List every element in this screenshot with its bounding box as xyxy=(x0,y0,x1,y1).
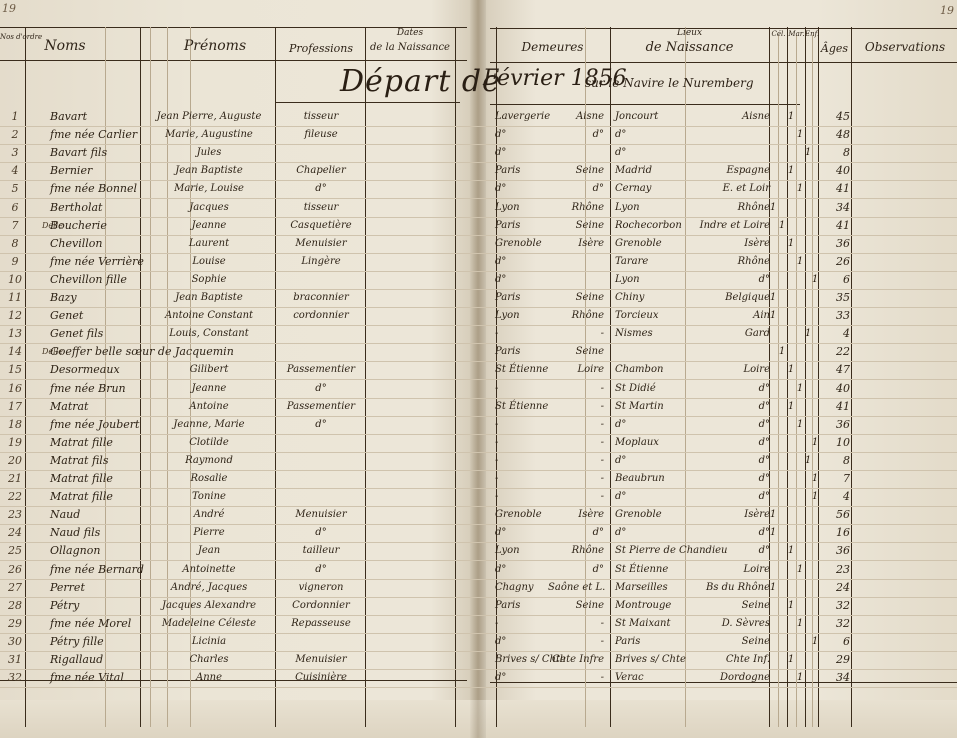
given-names: Antoine Constant xyxy=(145,307,273,325)
given-names: Jean Pierre, Auguste xyxy=(145,108,273,126)
row-number: 24 xyxy=(4,524,26,542)
status-tally-mark: 1 xyxy=(796,126,804,144)
given-names: Madeleine Céleste xyxy=(145,615,273,633)
given-names: André, Jacques xyxy=(145,579,273,597)
given-names: Jeanne, Marie xyxy=(145,416,273,434)
residence-department: Isère xyxy=(548,235,604,253)
birthplace-department: Seine xyxy=(662,633,770,651)
surname: Matrat fils xyxy=(50,452,145,470)
residence-department: d° xyxy=(548,180,604,198)
residence-city: d° xyxy=(495,126,555,144)
surname: fme née Morel xyxy=(50,615,145,633)
profession: d° xyxy=(277,524,365,542)
birthplace-department: d° xyxy=(662,470,770,488)
age: 36 xyxy=(818,235,850,253)
status-tally-mark: 1 xyxy=(769,579,777,597)
birthplace-department: Rhône xyxy=(662,199,770,217)
profession: Cuisinière xyxy=(277,669,365,687)
profession: fileuse xyxy=(277,126,365,144)
row-number: 30 xyxy=(4,633,26,651)
residence-department: Loire xyxy=(548,361,604,379)
residence-department: Rhône xyxy=(548,307,604,325)
age: 8 xyxy=(818,452,850,470)
given-names: Jules xyxy=(145,144,273,162)
surname: Goeffer belle sœur de Jacquemin xyxy=(50,343,145,361)
header-dates-bottom: de la Naissance xyxy=(365,42,455,53)
age: 29 xyxy=(818,651,850,669)
header-professions: Professions xyxy=(277,42,365,55)
row-number: 3 xyxy=(4,144,26,162)
profession: Chapelier xyxy=(277,162,365,180)
residence-department: Saône et L. xyxy=(548,579,604,597)
given-names: Jacques Alexandre xyxy=(145,597,273,615)
row-number: 22 xyxy=(4,488,26,506)
status-tally-mark: 1 xyxy=(787,651,795,669)
residence-city: - xyxy=(495,416,555,434)
surname: Ollagnon xyxy=(50,542,145,560)
given-names: Marie, Augustine xyxy=(145,126,273,144)
row-number: 1 xyxy=(4,108,26,126)
given-names: Jeanne xyxy=(145,380,273,398)
age: 35 xyxy=(818,289,850,307)
birthplace-department: Dordogne xyxy=(662,669,770,687)
profession: Menuisier xyxy=(277,235,365,253)
residence-department: Isère xyxy=(548,506,604,524)
surname: Naud fils xyxy=(50,524,145,542)
residence-city: d° xyxy=(495,524,555,542)
status-tally-mark: 1 xyxy=(769,199,777,217)
age: 40 xyxy=(818,162,850,180)
surname: fme née Bernard xyxy=(50,561,145,579)
residence-city: - xyxy=(495,615,555,633)
table-row: 32fme née VitalAnneCuisinièred°-VeracDor… xyxy=(0,669,957,692)
given-names: Antoinette xyxy=(145,561,273,579)
title-ship: sur le Navire le Nuremberg xyxy=(585,76,754,90)
surname: Matrat xyxy=(50,398,145,416)
surname: Matrat fille xyxy=(50,434,145,452)
residence-city: Lavergerie xyxy=(495,108,555,126)
residence-department: d° xyxy=(548,561,604,579)
age: 4 xyxy=(818,488,850,506)
status-tally-mark: 1 xyxy=(796,561,804,579)
status-tally-mark: 1 xyxy=(811,488,819,506)
age: 22 xyxy=(818,343,850,361)
residence-city: - xyxy=(495,452,555,470)
profession: Cordonnier xyxy=(277,597,365,615)
surname: fme née Bonnel xyxy=(50,180,145,198)
age: 10 xyxy=(818,434,850,452)
birthplace-department: Belgique xyxy=(662,289,770,307)
row-number: 21 xyxy=(4,470,26,488)
status-tally-mark: 1 xyxy=(787,235,795,253)
given-names: Louise xyxy=(145,253,273,271)
residence-city: Grenoble xyxy=(495,235,555,253)
given-names: Gilibert xyxy=(145,361,273,379)
row-number: 25 xyxy=(4,542,26,560)
header-dates-top: Dates xyxy=(365,28,455,38)
profession: cordonnier xyxy=(277,307,365,325)
surname: Perret xyxy=(50,579,145,597)
profession: tailleur xyxy=(277,542,365,560)
surname: fme née Joubert xyxy=(50,416,145,434)
birthplace-department: d° xyxy=(662,271,770,289)
row-number: 31 xyxy=(4,651,26,669)
residence-department: Rhône xyxy=(548,199,604,217)
profession: Lingère xyxy=(277,253,365,271)
status-tally-mark: 1 xyxy=(769,307,777,325)
residence-department: - xyxy=(548,452,604,470)
given-names: Louis, Constant xyxy=(145,325,273,343)
row-number: 2 xyxy=(4,126,26,144)
status-tally-mark: 1 xyxy=(787,398,795,416)
status-tally-mark: 1 xyxy=(811,470,819,488)
residence-city: Grenoble xyxy=(495,506,555,524)
age: 7 xyxy=(818,470,850,488)
row-number: 6 xyxy=(4,199,26,217)
profession: vigneron xyxy=(277,579,365,597)
birthplace-department: d° xyxy=(662,488,770,506)
surname: Chevillon xyxy=(50,235,145,253)
residence-department: Seine xyxy=(548,217,604,235)
birthplace-department: E. et Loir xyxy=(662,180,770,198)
residence-department: - xyxy=(548,633,604,651)
residence-department: - xyxy=(548,488,604,506)
row-number: 13 xyxy=(4,325,26,343)
row-number: 14 xyxy=(4,343,26,361)
status-tally-mark: 1 xyxy=(804,325,812,343)
row-number: 27 xyxy=(4,579,26,597)
surname: Matrat fille xyxy=(50,488,145,506)
age: 34 xyxy=(818,669,850,687)
surname: Pétry fille xyxy=(50,633,145,651)
residence-city: - xyxy=(495,434,555,452)
status-tally-mark: 1 xyxy=(787,108,795,126)
given-names: Clotilde xyxy=(145,434,273,452)
birthplace-department: d° xyxy=(662,524,770,542)
age: 32 xyxy=(818,597,850,615)
row-rule xyxy=(0,687,957,688)
birthplace-department: d° xyxy=(662,416,770,434)
surname: Bazy xyxy=(50,289,145,307)
row-number: 5 xyxy=(4,180,26,198)
row-number: 29 xyxy=(4,615,26,633)
status-tally-mark: 1 xyxy=(787,361,795,379)
status-tally-mark: 1 xyxy=(796,615,804,633)
age: 24 xyxy=(818,579,850,597)
given-names: Marie, Louise xyxy=(145,180,273,198)
row-number: 10 xyxy=(4,271,26,289)
age: 45 xyxy=(818,108,850,126)
birthplace-department: Gard xyxy=(662,325,770,343)
birthplace-department: d° xyxy=(662,398,770,416)
given-names: Laurent xyxy=(145,235,273,253)
given-names: Sophie xyxy=(145,271,273,289)
residence-department: - xyxy=(548,470,604,488)
given-names: Jeanne xyxy=(145,217,273,235)
surname: Genet xyxy=(50,307,145,325)
residence-department: Rhône xyxy=(548,542,604,560)
residence-city: Lyon xyxy=(495,542,555,560)
title-depart: Départ de xyxy=(340,64,501,99)
age: 48 xyxy=(818,126,850,144)
row-number: 4 xyxy=(4,162,26,180)
header-prenoms: Prénoms xyxy=(160,38,270,54)
status-tally-mark: 1 xyxy=(796,180,804,198)
residence-department: - xyxy=(548,434,604,452)
residence-department: Seine xyxy=(548,162,604,180)
row-number: 9 xyxy=(4,253,26,271)
birthplace-department: d° xyxy=(662,542,770,560)
header-lieux-top: Lieux xyxy=(610,28,769,38)
birthplace-city: d° xyxy=(615,144,705,162)
residence-city: d° xyxy=(495,633,555,651)
given-names: Jean Baptiste xyxy=(145,289,273,307)
profession: Repasseuse xyxy=(277,615,365,633)
header-lieux-bottom: de Naissance xyxy=(610,40,769,55)
surname: Pétry xyxy=(50,597,145,615)
age: 32 xyxy=(818,615,850,633)
age: 6 xyxy=(818,271,850,289)
age: 41 xyxy=(818,217,850,235)
status-tally-mark: 1 xyxy=(787,162,795,180)
given-names: Pierre xyxy=(145,524,273,542)
residence-city: Paris xyxy=(495,162,555,180)
given-names: Raymond xyxy=(145,452,273,470)
given-names: Jean xyxy=(145,542,273,560)
profession: d° xyxy=(277,380,365,398)
status-tally-mark: 1 xyxy=(796,669,804,687)
age: 26 xyxy=(818,253,850,271)
residence-city: - xyxy=(495,325,555,343)
profession: d° xyxy=(277,561,365,579)
residence-department: d° xyxy=(548,524,604,542)
age: 6 xyxy=(818,633,850,651)
residence-city: Lyon xyxy=(495,307,555,325)
residence-department: - xyxy=(548,398,604,416)
status-tally-mark: 1 xyxy=(796,380,804,398)
birthplace-department: Rhône xyxy=(662,253,770,271)
given-names: André xyxy=(145,506,273,524)
header-num-ordre: Nos d'ordre xyxy=(0,33,25,41)
age: 34 xyxy=(818,199,850,217)
surname: fme née Brun xyxy=(50,380,145,398)
residence-city: St Étienne xyxy=(495,361,555,379)
status-tally-mark: 1 xyxy=(769,524,777,542)
status-tally-mark: 1 xyxy=(804,144,812,162)
residence-department: - xyxy=(548,325,604,343)
age: 56 xyxy=(818,506,850,524)
residence-city: - xyxy=(495,470,555,488)
surname: Matrat fille xyxy=(50,470,145,488)
birthplace-department: d° xyxy=(662,452,770,470)
page-number-right: 19 xyxy=(940,4,954,17)
row-number: 8 xyxy=(4,235,26,253)
row-number: 15 xyxy=(4,361,26,379)
birthplace-department: D. Sèvres xyxy=(662,615,770,633)
residence-department: - xyxy=(548,416,604,434)
surname: Naud xyxy=(50,506,145,524)
surname: Genet fils xyxy=(50,325,145,343)
residence-department: Aisne xyxy=(548,108,604,126)
status-tally-mark: 1 xyxy=(778,217,786,235)
status-tally-mark: 1 xyxy=(787,542,795,560)
residence-city: d° xyxy=(495,180,555,198)
residence-city: d° xyxy=(495,669,555,687)
age: 41 xyxy=(818,398,850,416)
header-observations: Observations xyxy=(855,40,955,54)
surname: Bernier xyxy=(50,162,145,180)
profession: Menuisier xyxy=(277,651,365,669)
header-demeures: Demeures xyxy=(500,40,605,54)
profession: Casquetière xyxy=(277,217,365,235)
given-names: Charles xyxy=(145,651,273,669)
residence-city: Chagny xyxy=(495,579,555,597)
residence-department: Seine xyxy=(548,343,604,361)
row-number: 7 xyxy=(4,217,26,235)
residence-city: Brives s/ Chte xyxy=(495,651,555,669)
page-number-left: 19 xyxy=(2,2,16,15)
row-number: 19 xyxy=(4,434,26,452)
status-tally-mark: 1 xyxy=(796,253,804,271)
surname: fme née Carlier xyxy=(50,126,145,144)
birthplace-department: Aisne xyxy=(662,108,770,126)
header-celibataires: Cél. xyxy=(770,30,787,38)
given-names: Tonine xyxy=(145,488,273,506)
given-names: Jean Baptiste xyxy=(145,162,273,180)
row-number: 26 xyxy=(4,561,26,579)
age: 8 xyxy=(818,144,850,162)
residence-city: Paris xyxy=(495,597,555,615)
age: 33 xyxy=(818,307,850,325)
birthplace-department: Indre et Loire xyxy=(662,217,770,235)
residence-city: - xyxy=(495,380,555,398)
row-number: 20 xyxy=(4,452,26,470)
profession: Passementier xyxy=(277,398,365,416)
given-names: Rosalie xyxy=(145,470,273,488)
status-tally-mark: 1 xyxy=(769,289,777,307)
residence-city: Lyon xyxy=(495,199,555,217)
residence-city: Paris xyxy=(495,289,555,307)
status-tally-mark: 1 xyxy=(778,343,786,361)
surname: fme née Vital xyxy=(50,669,145,687)
birthplace-department: Seine xyxy=(662,597,770,615)
birthplace-department: Isère xyxy=(662,506,770,524)
header-enfants: Enf. xyxy=(805,30,818,38)
residence-department: Chte Infre xyxy=(548,651,604,669)
row-number: 12 xyxy=(4,307,26,325)
status-tally-mark: 1 xyxy=(811,271,819,289)
age: 36 xyxy=(818,416,850,434)
birthplace-department: Isère xyxy=(662,235,770,253)
age: 4 xyxy=(818,325,850,343)
row-number: 32 xyxy=(4,669,26,687)
birthplace-department: Ain xyxy=(662,307,770,325)
birthplace-department: d° xyxy=(662,380,770,398)
surname: Chevillon fille xyxy=(50,271,145,289)
residence-department: - xyxy=(548,669,604,687)
surname: Desormeaux xyxy=(50,361,145,379)
surname: fme née Verrière xyxy=(50,253,145,271)
birthplace-department: d° xyxy=(662,434,770,452)
profession: d° xyxy=(277,180,365,198)
profession: braconnier xyxy=(277,289,365,307)
residence-city: d° xyxy=(495,253,555,271)
residence-department: - xyxy=(548,615,604,633)
birthplace-department: Loire xyxy=(662,361,770,379)
status-tally-mark: 1 xyxy=(804,452,812,470)
age: 41 xyxy=(818,180,850,198)
age: 40 xyxy=(818,380,850,398)
birthplace-city: d° xyxy=(615,126,705,144)
residence-department: - xyxy=(548,380,604,398)
row-number: 23 xyxy=(4,506,26,524)
row-number: 18 xyxy=(4,416,26,434)
profession: Menuisier xyxy=(277,506,365,524)
age: 36 xyxy=(818,542,850,560)
surname: Bavart xyxy=(50,108,145,126)
row-number: 16 xyxy=(4,380,26,398)
residence-city: Paris xyxy=(495,217,555,235)
residence-city: - xyxy=(495,488,555,506)
header-noms: Noms xyxy=(30,38,100,54)
row-number: 28 xyxy=(4,597,26,615)
profession: tisseur xyxy=(277,199,365,217)
birthplace-department: Chte Inf. xyxy=(662,651,770,669)
birthplace-department: Loire xyxy=(662,561,770,579)
status-tally-mark: 1 xyxy=(811,434,819,452)
given-names: Jacques xyxy=(145,199,273,217)
age: 23 xyxy=(818,561,850,579)
residence-department: Seine xyxy=(548,597,604,615)
status-tally-mark: 1 xyxy=(811,633,819,651)
residence-department: Seine xyxy=(548,289,604,307)
profession: Passementier xyxy=(277,361,365,379)
age: 47 xyxy=(818,361,850,379)
row-number: 17 xyxy=(4,398,26,416)
header-maries: Mar. xyxy=(788,30,805,38)
surname: Rigallaud xyxy=(50,651,145,669)
birthplace-department: Bs du Rhône xyxy=(662,579,770,597)
status-tally-mark: 1 xyxy=(787,597,795,615)
residence-city: d° xyxy=(495,144,555,162)
residence-city: d° xyxy=(495,271,555,289)
row-number: 11 xyxy=(4,289,26,307)
surname: Boucherie xyxy=(50,217,145,235)
age: 16 xyxy=(818,524,850,542)
given-names: Licinia xyxy=(145,633,273,651)
residence-city: St Étienne xyxy=(495,398,555,416)
surname: Bavart fils xyxy=(50,144,145,162)
residence-city: Paris xyxy=(495,343,555,361)
header-ages: Âges xyxy=(818,42,851,55)
residence-department: d° xyxy=(548,126,604,144)
given-names: Anne xyxy=(145,669,273,687)
status-tally-mark: 1 xyxy=(796,416,804,434)
birthplace-department: Espagne xyxy=(662,162,770,180)
residence-city: d° xyxy=(495,561,555,579)
profession: tisseur xyxy=(277,108,365,126)
given-names: Antoine xyxy=(145,398,273,416)
surname: Bertholat xyxy=(50,199,145,217)
status-tally-mark: 1 xyxy=(769,506,777,524)
profession: d° xyxy=(277,416,365,434)
